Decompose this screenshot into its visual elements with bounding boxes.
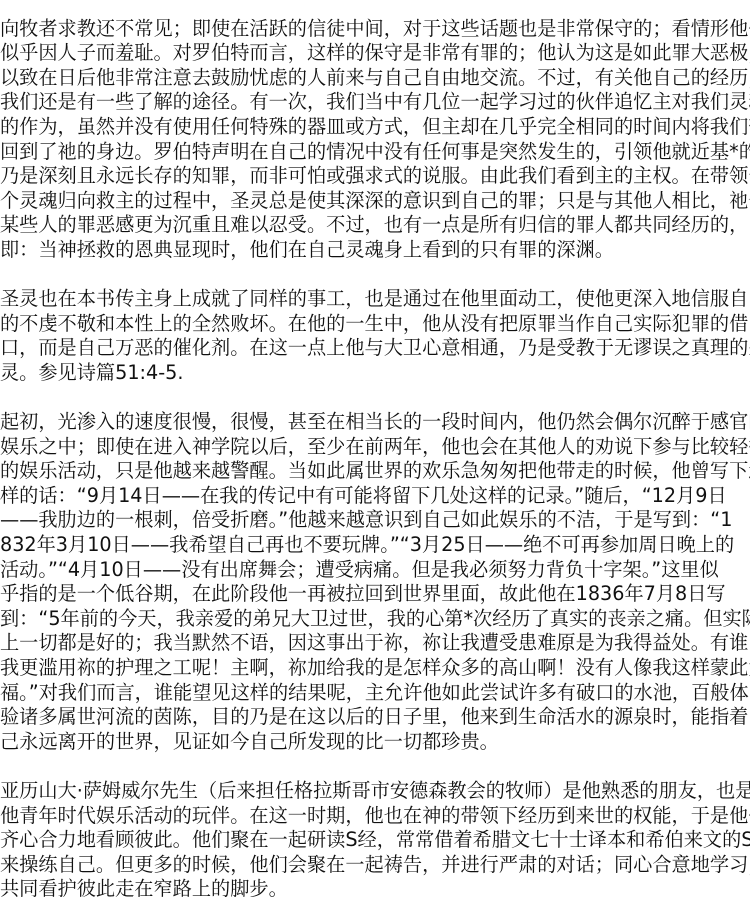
text-line: 他青年时代娱乐活动的玩伴。在这一时期，他也在神的带领下经历到来世的权能，于是他们 (0, 804, 750, 829)
text-line: 的不虔不敬和本性上的全然败坏。在他的一生中，他从没有把原罪当作自己实际犯罪的借 (0, 312, 750, 337)
partial-top-line (0, 0, 750, 17)
text-line: 娱乐之中；即使在进入神学院以后，至少在前两年，他也会在其他人的劝说下参与比较轻微 (0, 435, 750, 460)
text-line: 832年3月10日——我希望自己再也不要玩牌。”“3月25日——绝不可再参加周日… (0, 533, 750, 558)
text-line: 活动。”“4月10日——没有出席舞会；遭受病痛。但是我必须努力背负十字架。”这里… (0, 558, 750, 583)
text-line: 我们还是有一些了解的途径。有一次，我们当中有几位一起学习过的伙伴追忆主对我们灵魂 (0, 90, 750, 115)
text-line: 乎指的是一个低谷期，在此阶段他一再被拉回到世界里面，故此他在1836年7月8日写 (0, 582, 750, 607)
text-line: 上一切都是好的；我当默然不语，因这事出于祢，祢让我遭受患难原是为我得益处。有谁比 (0, 631, 750, 656)
text-line: 样的话：“9月14日——在我的传记中有可能将留下几处这样的记录。”随后，“12月… (0, 484, 750, 509)
paragraph-2: 圣灵也在本书传主身上成就了同样的事工，也是通过在他里面动工，使他更深入地信服自己… (0, 287, 750, 385)
text-line: 的娱乐活动，只是他越来越警醒。当如此属世界的欢乐急匆匆把他带走的时候，他曾写下这 (0, 459, 750, 484)
text-line: 口，而是自己万恶的催化剂。在这一点上他与大卫心意相通，乃是受教于无谬误之真理的圣 (0, 336, 750, 361)
text-line: 灵。参见诗篇51:4-5. (0, 361, 750, 386)
text-line: 以致在日后他非常注意去鼓励忧虑的人前来与自己自由地交流。不过，有关他自己的经历， (0, 66, 750, 91)
text-line: 个灵魂归向救主的过程中，圣灵总是使其深深的意识到自己的罪；只是与其他人相比，祂令 (0, 189, 750, 214)
text-line: 验诸多属世河流的茵陈，目的乃是在这以后的日子里，他来到生命活水的源泉时，能指着自 (0, 705, 750, 730)
paragraph-3: 起初，光渗入的速度很慢，很慢，甚至在相当长的一段时间内，他仍然会偶尔沉醉于感官的… (0, 410, 750, 754)
text-line: 乃是深刻且永远长存的知罪，而非可怕或强求式的说服。由此我们看到主的主权。在带领一 (0, 164, 750, 189)
text-line: 齐心合力地看顾彼此。他们聚在一起研读S经，常常借着希腊文七十士译本和希伯来文的S… (0, 828, 750, 853)
text-line: 回到了祂的身边。罗伯特声明在自己的情况中没有任何事是突然发生的，引领他就近基*的 (0, 140, 750, 165)
text-line: 我更滥用祢的护理之工呢！主啊，祢加给我的是怎样众多的高山啊！没有人像我这样蒙此大 (0, 656, 750, 681)
paragraph-4: 亚历山大·萨姆威尔先生（后来担任格拉斯哥市安德森教会的牧师）是他熟悉的朋友，也是… (0, 779, 750, 902)
text-line: 到：“5年前的今天，我亲爱的弟兄大卫过世，我的心第*次经历了真实的丧亲之痛。但实… (0, 607, 750, 632)
text-line: 共同看护彼此走在窄路上的脚步。 (0, 877, 750, 902)
text-line: 某些人的罪恶感更为沉重且难以忍受。不过，也有一点是所有归信的罪人都共同经历的， (0, 213, 750, 238)
document-page: 向牧者求教还不常见；即使在活跃的信徒中间，对于这些话题也是非常保守的；看情形他们… (0, 0, 750, 902)
text-line: 圣灵也在本书传主身上成就了同样的事工，也是通过在他里面动工，使他更深入地信服自己 (0, 287, 750, 312)
text-line: ——我肋边的一根刺，倍受折磨。”他越来越意识到自己如此娱乐的不洁，于是写到：“1 (0, 508, 750, 533)
text-line: 己永远离开的世界，见证如今自己所发现的比一切都珍贵。 (0, 730, 750, 755)
text-line: 福。”对我们而言，谁能望见这样的结果呢，主允许他如此尝试许多有破口的水池，百般体 (0, 681, 750, 706)
paragraph-1: 向牧者求教还不常见；即使在活跃的信徒中间，对于这些话题也是非常保守的；看情形他们… (0, 17, 750, 263)
text-line: 的作为，虽然并没有使用任何特殊的器皿或方式，但主却在几乎完全相同的时间内将我们带 (0, 115, 750, 140)
text-line: 似乎因人子而羞耻。对罗伯特而言，这样的保守是非常有罪的；他认为这是如此罪大恶极， (0, 41, 750, 66)
text-line: 起初，光渗入的速度很慢，很慢，甚至在相当长的一段时间内，他仍然会偶尔沉醉于感官的 (0, 410, 750, 435)
paragraph-gap (0, 386, 750, 411)
text-line: 向牧者求教还不常见；即使在活跃的信徒中间，对于这些话题也是非常保守的；看情形他们 (0, 17, 750, 42)
paragraph-gap (0, 263, 750, 288)
text-line: 来操练自己。但更多的时候，他们会聚在一起祷告，并进行严肃的对话；同心合意地学习， (0, 853, 750, 878)
text-line: 即：当神拯救的恩典显现时，他们在自己灵魂身上看到的只有罪的深渊。 (0, 238, 750, 263)
paragraph-gap (0, 754, 750, 779)
text-line: 亚历山大·萨姆威尔先生（后来担任格拉斯哥市安德森教会的牧师）是他熟悉的朋友，也是 (0, 779, 750, 804)
